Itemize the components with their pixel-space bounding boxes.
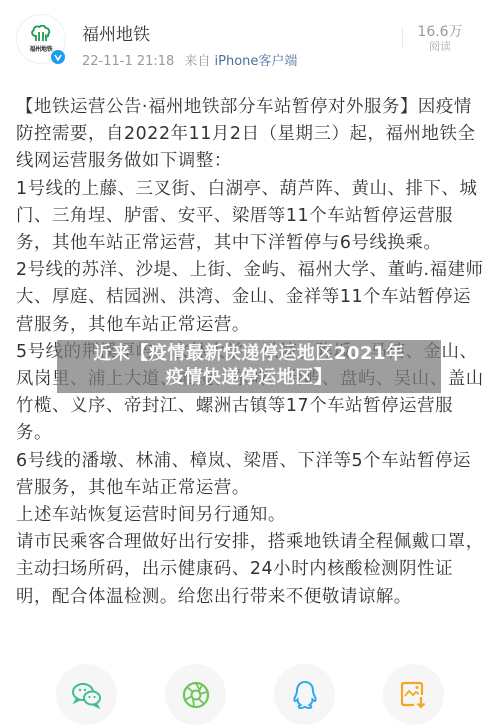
avatar-logo-text: 福州地铁 xyxy=(30,44,53,53)
source-link[interactable]: iPhone客户端 xyxy=(215,54,298,69)
source-prefix: 来自 xyxy=(184,54,210,69)
paragraph-line1: 1号线的上藤、三叉街、白湖亭、葫芦阵、黄山、排下、城门、三角埕、胪雷、安平、梁厝… xyxy=(16,176,486,258)
paragraph-passenger-advice: 请市民乘客合理做好出行安排，搭乘地铁请全程佩戴口罩，主动扫场所码，出示健康码、2… xyxy=(16,529,486,611)
share-bar xyxy=(0,664,500,726)
wechat-icon xyxy=(71,681,103,709)
post-meta: 22-11-1 21:18来自 iPhone客户端 xyxy=(82,50,297,69)
banner-line-2: 疫情快递停运地区】 xyxy=(57,366,441,390)
verified-badge-icon xyxy=(50,49,66,65)
share-wechat-button[interactable] xyxy=(56,664,117,725)
moments-icon xyxy=(182,681,210,709)
paragraph-line6: 6号线的潘墩、林浦、樟岚、梁厝、下洋等5个车站暂停运营服务，其他车站正常运营。 xyxy=(16,448,486,502)
reads-count: 16.6万 xyxy=(410,24,470,40)
banner-line-1: 近来【疫情最新快递停运地区2021年 xyxy=(57,342,441,366)
save-image-button[interactable] xyxy=(383,664,444,725)
metro-logo-icon xyxy=(30,25,52,43)
reads-label: 阅读 xyxy=(410,40,470,54)
reads-counter: 16.6万 阅读 xyxy=(410,24,470,54)
paragraph-line2: 2号线的苏洋、沙堤、上街、金屿、福州大学、董屿.福建师大、厚庭、桔园洲、洪湾、金… xyxy=(16,257,486,339)
save-image-icon xyxy=(400,681,428,709)
author-name[interactable]: 福州地铁 xyxy=(82,20,150,45)
header-divider xyxy=(402,28,403,48)
post-header: 福州地铁 福州地铁 22-11-1 21:18来自 iPhone客户端 16.6… xyxy=(0,0,500,80)
post-timestamp: 22-11-1 21:18 xyxy=(82,54,174,69)
share-qq-button[interactable] xyxy=(274,664,335,725)
overlay-title-banner: 近来【疫情最新快递停运地区2021年 疫情快递停运地区】 xyxy=(57,340,441,393)
paragraph-resume-notice: 上述车站恢复运营时间另行通知。 xyxy=(16,502,486,529)
weibo-post-page: 福州地铁 福州地铁 22-11-1 21:18来自 iPhone客户端 16.6… xyxy=(0,0,500,726)
paragraph-intro: 【地铁运营公告·福州地铁部分车站暂停对外服务】因疫情防控需要，自2022年11月… xyxy=(16,94,486,176)
share-moments-button[interactable] xyxy=(165,664,226,725)
qq-icon xyxy=(292,680,318,710)
